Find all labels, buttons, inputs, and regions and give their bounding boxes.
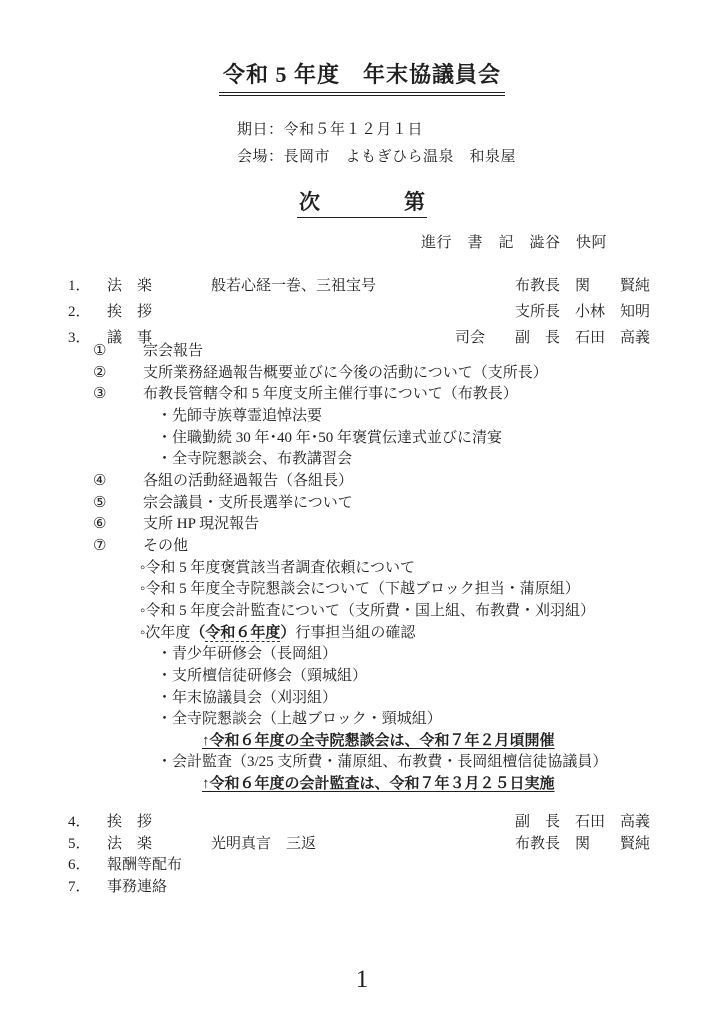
sub-bullet: ・全寺院懇談会（上越ブロック・頸城組） [0,709,724,731]
page-title: 令和 5 年度 年末協議員会 [219,58,505,96]
agenda-heading-block: 次 第 [0,186,724,218]
discussion-item: ④各組の活動経過報告（各組長） [0,471,724,493]
discussion-text: 宗会議員・支所長選挙について [143,495,353,511]
agenda-item-6: 6．報酬等配布 [0,855,724,877]
circled-number: ② [93,363,143,385]
item-title: 挨 拶 [107,814,152,830]
discussion-text: その他 [143,538,188,554]
agenda-item-7: 7．事務連絡 [0,877,724,899]
sub-bullet: ・会計監査（3/25 支所費・蒲原組、布教費・長岡組檀信徒協議員） [0,752,724,774]
agenda-item-5: 5．法 楽 光明真言 三返 布教長 関 賢純 [0,834,724,856]
item-officer: 布教長 関 賢純 [515,273,650,299]
discussion-text: 布教長管轄令和 5 年度支所主催行事について（布教長） [143,386,518,402]
sub-bullet: ・青少年研修会（長岡組） [0,644,724,666]
line-prefix: ◦次年度 [140,625,190,641]
discussion-item: ⑦その他 [0,536,724,558]
discussion-item: ⑤宗会議員・支所長選挙について [0,493,724,515]
circled-number: ⑤ [93,493,143,515]
sub-bullet: ・全寺院懇談会、布教講習会 [0,449,724,471]
paren-open: （ [190,625,205,641]
item-title: 挨 拶 [107,304,152,320]
agenda-item-1: 1．法 楽 般若心経一巻、三祖宝号 布教長 関 賢純 [0,273,724,299]
circled-number: ③ [93,384,143,406]
circled-number: ⑦ [93,536,143,558]
sub-bullet: ・先師寺族尊霊追悼法要 [0,406,724,428]
agenda-item-2: 2．挨 拶 支所長 小林 知明 [0,299,724,325]
venue-line: 会場：長岡市 よもぎひら温泉 和泉屋 [237,144,516,171]
facilitator-line: 進行 書 記 澁谷 快阿 [421,231,607,252]
item-title: 事務連絡 [107,879,167,895]
line-suffix: 行事担当組の確認 [295,625,415,641]
item-officer: 布教長 関 賢純 [515,834,650,856]
note-line: ↑令和６年度の会計監査は、令和７年３月２５日実施 [0,774,724,796]
item-number: 1． [68,273,107,299]
item-number: 2． [68,299,107,325]
discussion-item: ③布教長管轄令和 5 年度支所主催行事について（布教長） [0,384,724,406]
item-number: 7． [68,877,107,899]
discussion-item: ①宗会報告 [0,341,724,363]
circle-bullet: ◦令和 5 年度会計監査について（支所費・国上組、布教費・刈羽組） [0,601,724,623]
paren-close: ） [280,625,295,641]
item-officer: 副 長 石田 高義 [515,812,650,834]
agenda-items-top: 1．法 楽 般若心経一巻、三祖宝号 布教長 関 賢純 2．挨 拶 支所長 小林 … [0,273,724,351]
item-title: 法 楽 [107,278,152,294]
sub-bullet: ・支所檀信徒研修会（頸城組） [0,666,724,688]
circle-bullet: ◦令和 5 年度全寺院懇談会について（下越ブロック担当・蒲原組） [0,579,724,601]
discussion-list: ①宗会報告 ②支所業務経過報告概要並びに今後の活動について（支所長） ③布教長管… [0,341,724,796]
circled-number: ⑥ [93,514,143,536]
agenda-heading: 次 第 [297,186,427,218]
sub-bullet: ・住職勤続 30 年･40 年･50 年褒賞伝達式並びに清宴 [0,428,724,450]
discussion-text: 支所業務経過報告概要並びに今後の活動について（支所長） [143,365,548,381]
agenda-item-4: 4．挨 拶 副 長 石田 高義 [0,812,724,834]
item-officer: 支所長 小林 知明 [515,299,650,325]
date-line: 期日：令和５年１２月１日 [237,117,516,144]
page-number: 1 [0,966,724,994]
item-number: 6． [68,855,107,877]
item-detail: 光明真言 三返 [211,834,316,856]
note-line: ↑令和６年度の全寺院懇談会は、令和７年２月頃開催 [0,731,724,753]
item-title: 法 楽 [107,836,152,852]
title-block: 令和 5 年度 年末協議員会 [0,58,724,96]
item-number: 5． [68,834,107,856]
discussion-text: 各組の活動経過報告（各組長） [143,473,353,489]
item-title: 報酬等配布 [107,857,182,873]
agenda-items-bottom: 4．挨 拶 副 長 石田 高義 5．法 楽 光明真言 三返 布教長 関 賢純 6… [0,812,724,899]
circle-bullet: ◦令和 5 年度褒賞該当者調査依頼について [0,558,724,580]
circle-bullet-next-year: ◦次年度（令和６年度）行事担当組の確認 [0,623,724,645]
discussion-text: 支所 HP 現況報告 [143,516,259,532]
circled-number: ④ [93,471,143,493]
discussion-item: ②支所業務経過報告概要並びに今後の活動について（支所長） [0,363,724,385]
sub-bullet: ・年末協議員会（刈羽組） [0,688,724,710]
bold-year: 令和６年度 [205,625,280,642]
discussion-item: ⑥支所 HP 現況報告 [0,514,724,536]
discussion-text: 宗会報告 [143,343,203,359]
document-page: 令和 5 年度 年末協議員会 期日：令和５年１２月１日 会場：長岡市 よもぎひら… [0,0,724,1024]
circled-number: ① [93,341,143,363]
meta-block: 期日：令和５年１２月１日 会場：長岡市 よもぎひら温泉 和泉屋 [237,117,516,171]
item-detail: 般若心経一巻、三祖宝号 [211,273,376,299]
item-number: 4． [68,812,107,834]
